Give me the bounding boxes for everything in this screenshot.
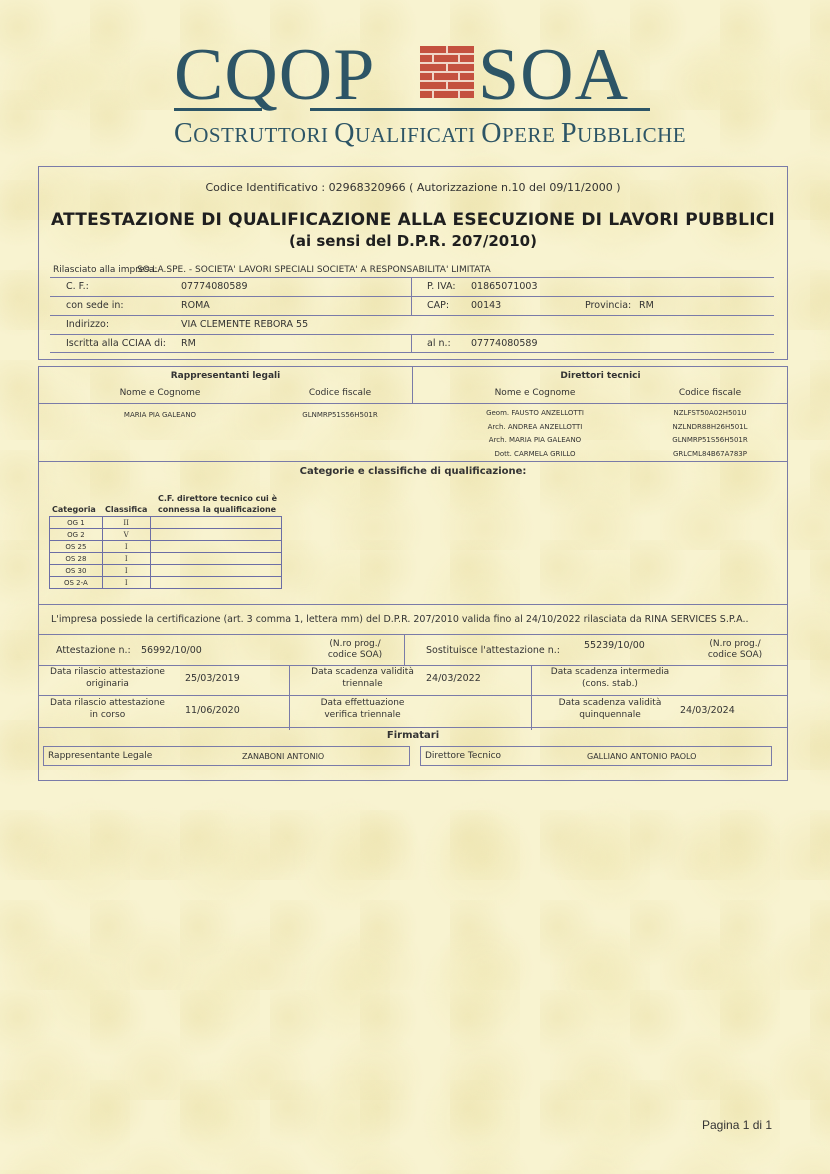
scadenza-intermedia-label: Data scadenza intermedia(cons. stab.) (545, 666, 675, 690)
table-row: OG 2V (50, 529, 282, 541)
provincia-value: RM (639, 300, 654, 311)
sede-value: ROMA (181, 300, 210, 311)
divider (39, 727, 787, 728)
firmatario-dir-value: GALLIANO ANTONIO PAOLO (587, 752, 696, 761)
cat-col-cf-line1: C.F. direttore tecnico cui è (158, 494, 277, 503)
divider (50, 277, 774, 278)
divider (50, 315, 774, 316)
scadenza-triennale-value: 24/03/2022 (426, 673, 481, 684)
logo-text-soa: SOA (478, 38, 629, 112)
divider (404, 635, 405, 666)
dir-col-cf: Codice fiscale (650, 388, 770, 398)
cat-cell-classifica: I (102, 553, 150, 565)
dir-row-name: Arch. MARIA PIA GALEANO (455, 436, 615, 444)
cat-cell-cf (150, 529, 281, 541)
attestazione-value: 56992/10/00 (141, 645, 202, 656)
rilascio-corso-label: Data rilascio attestazionein corso (45, 697, 170, 721)
cat-cell-cf (150, 553, 281, 565)
cat-cell-cf (150, 541, 281, 553)
dir-row-cf: NZLNDR88H26H501L (650, 423, 770, 431)
cat-cell-classifica: II (102, 517, 150, 529)
dir-row-cf: GRLCML84B67A783P (650, 450, 770, 458)
certificazione-text: L'impresa possiede la certificazione (ar… (51, 614, 749, 625)
divider (531, 666, 532, 730)
logo-subtitle: COSTRUTTORI QUALIFICATI OPERE PUBBLICHE (174, 118, 686, 150)
firmatario-dir-label: Direttore Tecnico (425, 751, 501, 761)
divider (39, 604, 787, 605)
direttori-title: Direttori tecnici (413, 371, 788, 381)
document-title: ATTESTAZIONE DI QUALIFICAZIONE ALLA ESEC… (38, 210, 788, 230)
cat-cell-categoria: OS 30 (50, 565, 103, 577)
divider (50, 334, 774, 335)
rilasciato-value: SO.LA.SPE. - SOCIETA' LAVORI SPECIALI SO… (137, 265, 491, 275)
cap-label: CAP: (427, 300, 449, 311)
aln-value: 07774080589 (471, 338, 538, 349)
indirizzo-value: VIA CLEMENTE REBORA 55 (181, 319, 308, 330)
divider (50, 352, 774, 353)
rilascio-originaria-value: 25/03/2019 (185, 673, 240, 684)
divider (39, 461, 787, 462)
cf-label: C. F.: (66, 281, 89, 292)
cat-cell-classifica: V (102, 529, 150, 541)
logo-underline-left (174, 108, 262, 111)
dir-row-name: Dott. CARMELA GRILLO (455, 450, 615, 458)
table-row: OS 28I (50, 553, 282, 565)
cat-cell-classifica: I (102, 565, 150, 577)
cciaa-label: Iscritta alla CCIAA di: (66, 338, 166, 349)
scadenza-quinquennale-label: Data scadenza validitàquinquennale (550, 697, 670, 721)
aln-label: al n.: (427, 338, 451, 349)
logo-text-cqop: CQOP (174, 38, 375, 112)
rilascio-corso-value: 11/06/2020 (185, 705, 240, 716)
divider (39, 634, 787, 635)
table-row: OS 25I (50, 541, 282, 553)
firmatario-rapp-label: Rappresentante Legale (48, 751, 152, 761)
cap-value: 00143 (471, 300, 501, 311)
rapp-col-cf: Codice fiscale (280, 388, 400, 398)
rappresentanti-title: Rappresentanti legali (38, 371, 413, 381)
divider (289, 666, 290, 730)
rapp-row-cf: GLNMRP51S56H501R (280, 409, 400, 420)
divider (39, 695, 787, 696)
divider (50, 296, 774, 297)
table-row: OS 30I (50, 565, 282, 577)
dir-col-name: Nome e Cognome (470, 388, 600, 398)
table-row: OG 1II (50, 517, 282, 529)
cat-cell-categoria: OS 2-A (50, 577, 103, 589)
cqop-soa-logo: CQOP SOA COSTRUTTORI QUALIFICATI OPERE P… (172, 38, 662, 148)
provincia-label: Provincia: (585, 300, 631, 311)
categorie-table: OG 1IIOG 2VOS 25IOS 28IOS 30IOS 2-AI (49, 516, 282, 589)
dir-row-cf: GLNMRP51S56H501R (650, 436, 770, 444)
attestazione-label: Attestazione n.: (56, 645, 131, 656)
cat-col-categoria: Categoria (52, 505, 96, 514)
divider (411, 335, 412, 352)
dir-row-cf: NZLFST50A02H501U (650, 409, 770, 417)
dir-row-name: Geom. FAUSTO ANZELLOTTI (455, 409, 615, 417)
sostituisce-value: 55239/10/00 (584, 640, 645, 651)
sostituisce-nro: (N.ro prog./codice SOA) (695, 639, 775, 661)
dir-row-name: Arch. ANDREA ANZELLOTTI (455, 423, 615, 431)
indirizzo-label: Indirizzo: (66, 319, 109, 330)
cat-cell-cf (150, 517, 281, 529)
cciaa-value: RM (181, 338, 196, 349)
scadenza-quinquennale-value: 24/03/2024 (680, 705, 735, 716)
attestazione-nro: (N.ro prog./codice SOA) (315, 639, 395, 661)
verifica-triennale-label: Data effettuazioneverifica triennale (300, 697, 425, 721)
sede-label: con sede in: (66, 300, 124, 311)
categorie-title: Categorie e classifiche di qualificazion… (38, 466, 788, 477)
document-subtitle: (ai sensi del D.P.R. 207/2010) (38, 232, 788, 250)
cat-col-cf-line2: connessa la qualificazione (158, 505, 276, 514)
piva-value: 01865071003 (471, 281, 538, 292)
rilascio-originaria-label: Data rilascio attestazioneoriginaria (45, 666, 170, 690)
cat-cell-cf (150, 577, 281, 589)
rapp-row-name: MARIA PIA GALEANO (100, 409, 220, 420)
cat-cell-categoria: OS 28 (50, 553, 103, 565)
sostituisce-label: Sostituisce l'attestazione n.: (426, 645, 560, 656)
cat-cell-categoria: OG 2 (50, 529, 103, 541)
divider (411, 297, 412, 315)
firmatario-rapp-value: ZANABONI ANTONIO (242, 752, 324, 761)
cat-cell-classifica: I (102, 577, 150, 589)
rapp-col-name: Nome e Cognome (100, 388, 220, 398)
divider (39, 403, 787, 404)
cat-col-classifica: Classifica (105, 505, 147, 514)
cat-cell-classifica: I (102, 541, 150, 553)
divider (411, 278, 412, 296)
header-section (38, 166, 788, 360)
scadenza-triennale-label: Data scadenza validitàtriennale (300, 666, 425, 690)
firmatari-title: Firmatari (38, 730, 788, 741)
page-number: Pagina 1 di 1 (702, 1118, 772, 1132)
cat-cell-cf (150, 565, 281, 577)
brick-wall-icon (420, 46, 474, 98)
logo-underline-right (310, 108, 650, 111)
piva-label: P. IVA: (427, 281, 456, 292)
cf-value: 07774080589 (181, 281, 248, 292)
cat-cell-categoria: OG 1 (50, 517, 103, 529)
cat-cell-categoria: OS 25 (50, 541, 103, 553)
table-row: OS 2-AI (50, 577, 282, 589)
codice-identificativo: Codice Identificativo : 02968320966 ( Au… (38, 181, 788, 194)
